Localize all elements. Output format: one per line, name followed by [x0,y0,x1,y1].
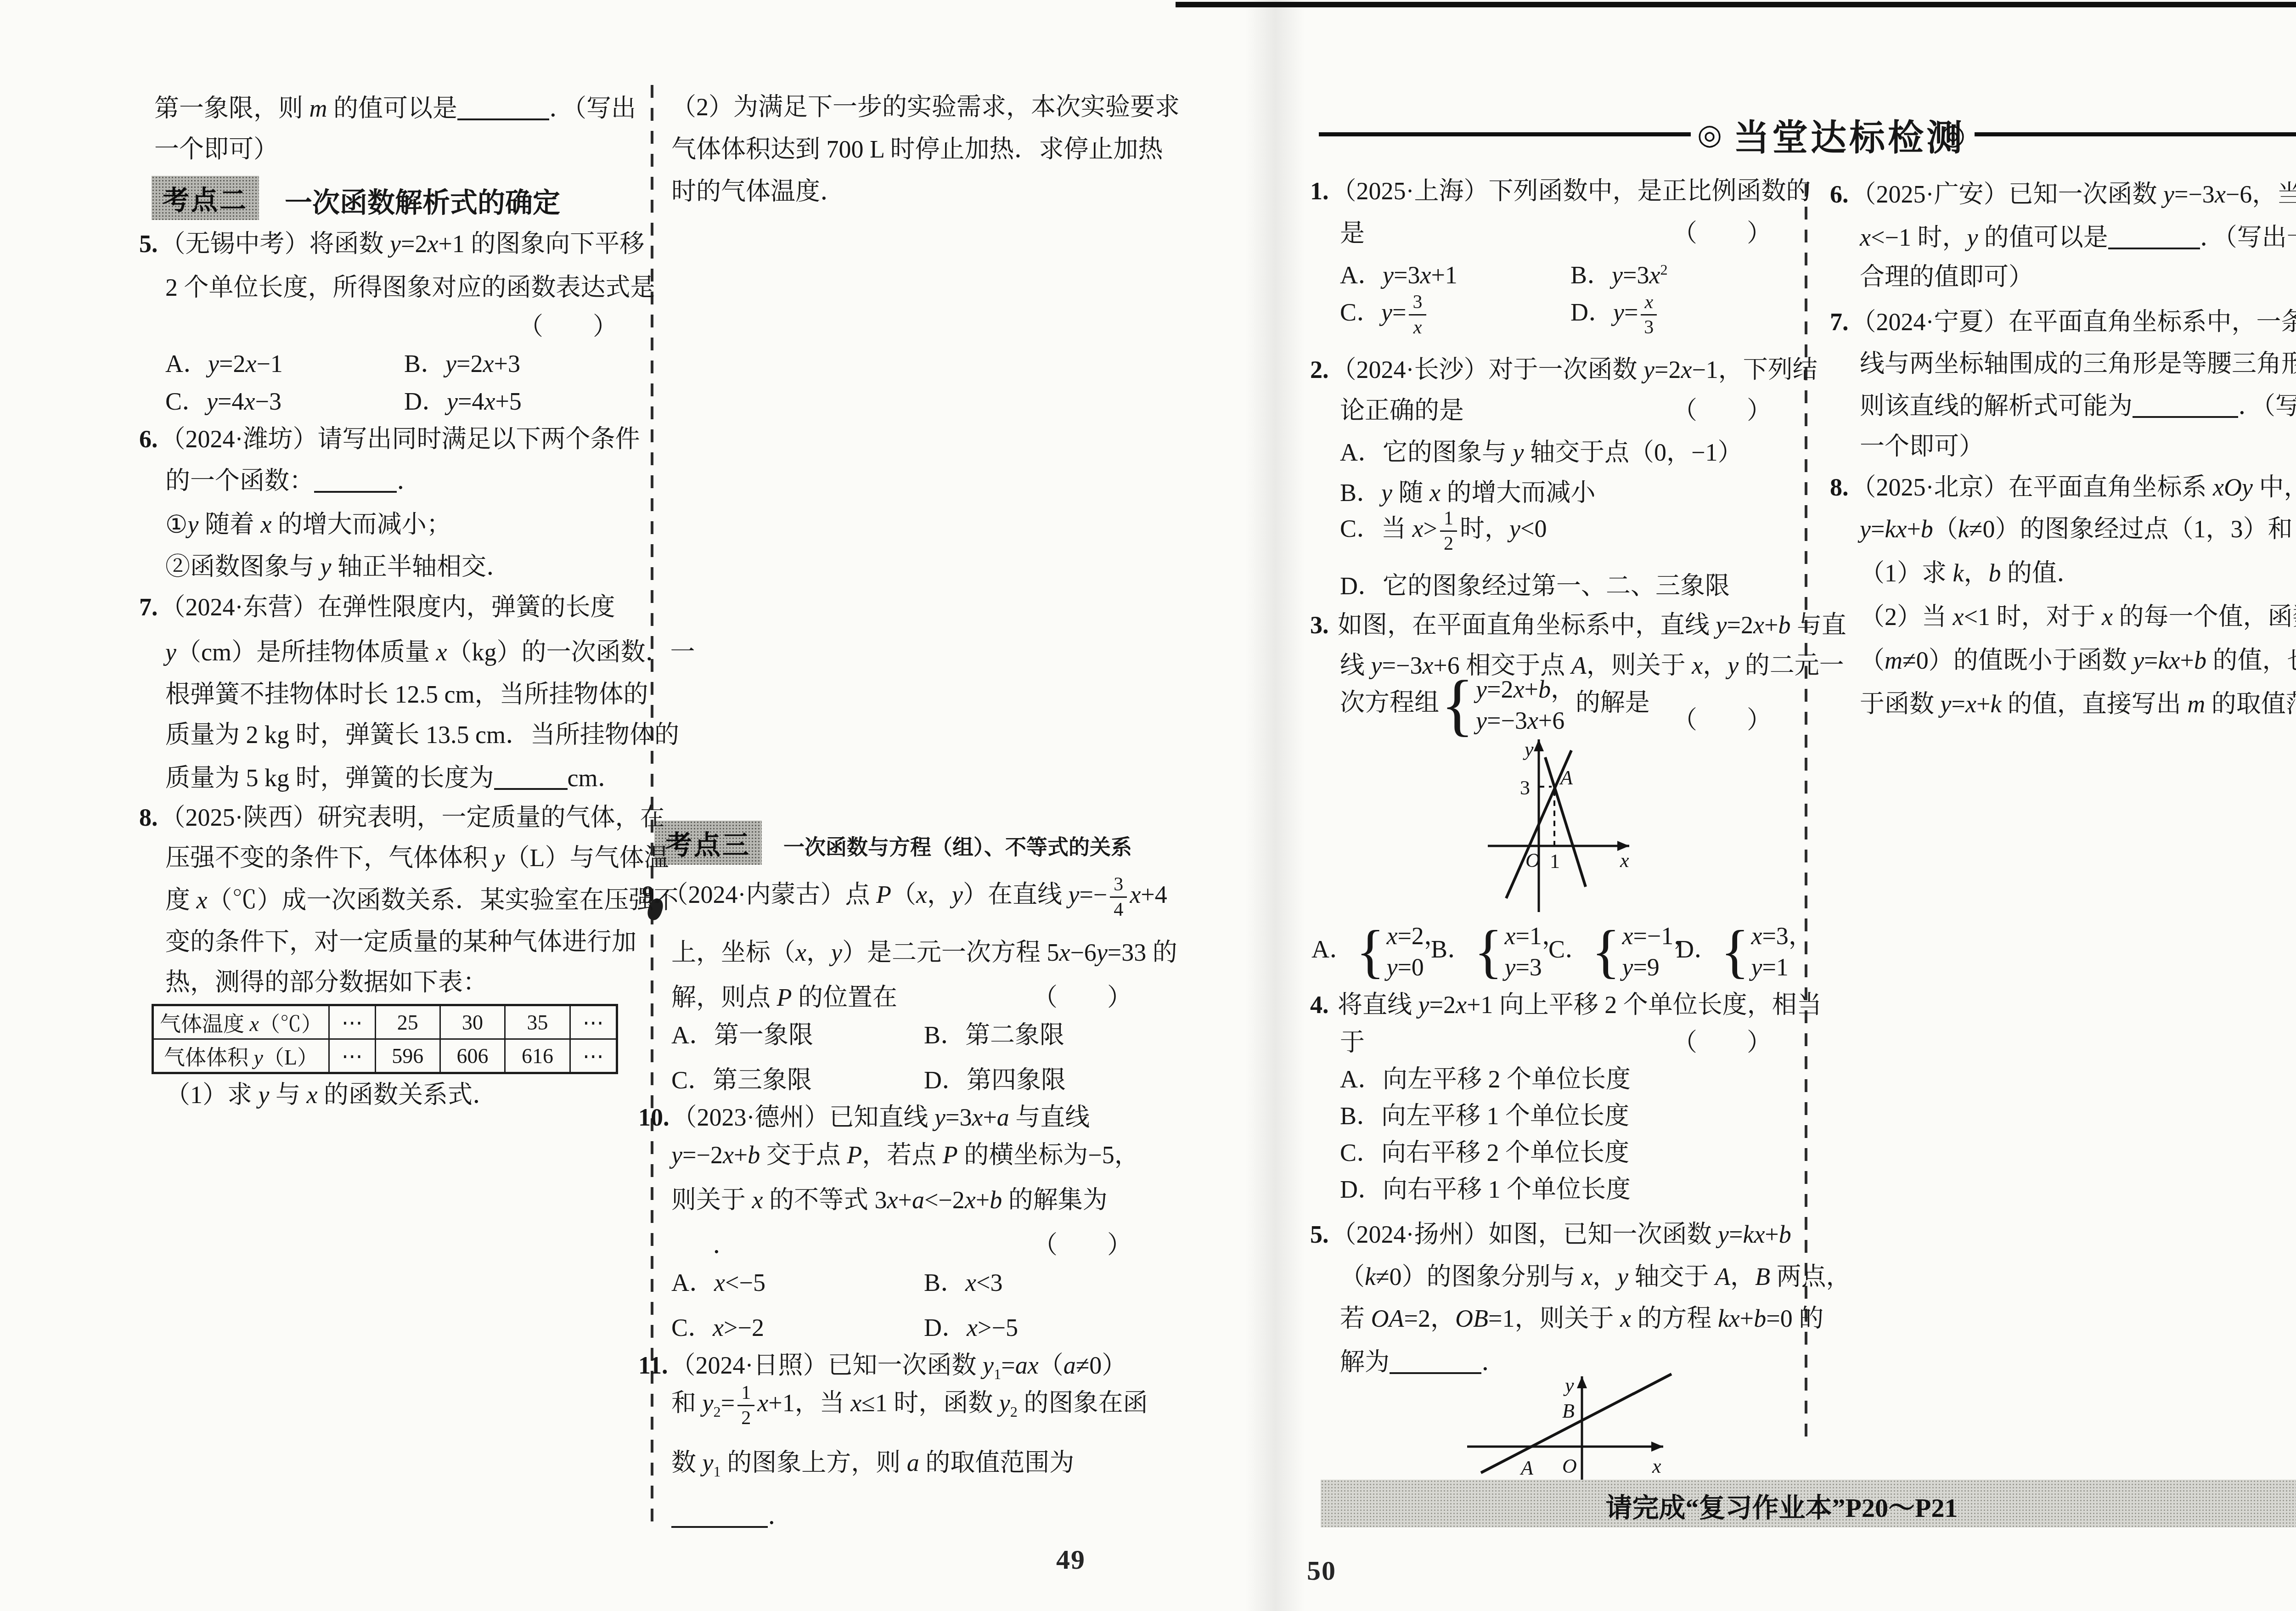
table-cell: 气体温度 x（℃） [153,1005,329,1039]
text-line: ②函数图象与 y 轴正半轴相交． [165,548,618,586]
text-line: 1.（2025·上海）下列函数中，是正比例函数的 [1310,173,1772,210]
text-line: 热，测得的部分数据如下表： [165,964,618,1001]
text-line: （k≠0）的图象分别与 x，y 轴交于 A，B 两点， [1340,1258,1772,1296]
text-line: D．第四象限 [924,1062,1132,1099]
header-rule-right [1975,132,2296,136]
table-cell: ⋯ [570,1005,617,1039]
table-cell: 气体体积 y（L） [153,1039,329,1073]
text-line: 11.（2024·日照）已知一次函数 y1=ax（a≠0） [638,1347,1132,1386]
gas-data-table: 气体温度 x（℃）⋯253035⋯气体体积 y（L）⋯596606616⋯ [152,1004,618,1074]
text-line: 上，坐标（x，y）是二元一次方程 5x−6y=33 的 [671,934,1132,971]
top-border-line [1176,2,2296,7]
text-line: 数 y1 的图象上方，则 a 的取值范围为 [671,1444,1132,1483]
text-line: 度 x（℃）成一次函数关系．某实验室在压强不 [165,882,618,919]
text-line: B．向左平移 1 个单位长度 [1340,1098,1772,1135]
section-title-kaodian3: 一次函数与方程（组）、不等式的关系 [783,830,1132,861]
text-line: 若 OA=2，OB=1，则关于 x 的方程 kx+b=0 的 [1340,1300,1772,1337]
text-line: 7.（2024·东营）在弹性限度内，弹簧的长度 [139,589,618,626]
text-line: 于函数 y=x+k 的值，直接写出 m 的取值范围． [1860,686,2296,723]
text-line: 压强不变的条件下，气体体积 y（L）与气体温 [165,839,618,877]
page-number-50: 50 [1307,1555,1336,1587]
page-gutter [1245,0,1305,1611]
text-line: D．y=4x+5 [404,383,618,420]
text-line: 则关于 x 的不等式 3x+a<−2x+b 的解集为 [671,1182,1132,1219]
text-line: （1）求 k，b 的值． [1860,555,2296,592]
table-row: 气体体积 y（L）⋯596606616⋯ [153,1039,617,1073]
text-line: x<−1 时，y 的值可以是．（写出一个 [1860,218,2296,256]
y-axis-arrow-icon [1534,739,1544,751]
text-line: 质量为 2 kg 时，弹簧长 13.5 cm．当所挂物体的 [165,716,618,754]
text-line: 一个即可） [1860,428,2296,465]
text-line: ． [671,1496,1132,1535]
tick-label: 3 [1520,777,1530,799]
table-cell: ⋯ [570,1039,617,1073]
text-line: 2.（2024·长沙）对于一次函数 y=2x−1，下列结 [1310,351,1772,389]
text-line: （2）为满足下一步的实验需求，本次实验要求 [671,89,1132,126]
text-line: 3. 如图，在平面直角坐标系中，直线 y=2x+b 与直 [1310,607,1772,644]
text-line: 的一个函数：． [165,461,618,500]
axis-label: y [1523,738,1534,760]
text-line: B．y=2x+3 [404,345,618,383]
text-line: 变的条件下，对一定质量的某种气体进行加 [165,924,618,961]
point-label: A [1519,1457,1534,1479]
text-line: 5.（2024·扬州）如图，已知一次函数 y=kx+b [1310,1216,1772,1253]
text-line: 气体体积达到 700 L 时停止加热．求停止加热 [671,131,1132,168]
table-cell: 606 [440,1039,505,1073]
text-line: 8.（2025·陕西）研究表明，一定质量的气体，在 [139,799,618,836]
axis-label: x [1620,849,1629,872]
text-line: 2 个单位长度，所得图象对应的函数表达式是 [165,269,618,306]
page-number-49: 49 [1056,1544,1086,1576]
section-badge-kaodian3: 考点三 [654,821,762,865]
text-line: ①y 随着 x 的增大而减小； [165,506,618,543]
text-line: （2）当 x<1 时，对于 x 的每一个值，函数 y=mx [1860,598,2296,636]
text-line: 解为． [1340,1342,1772,1381]
text-line: B．第二象限 [924,1017,1132,1054]
section-title-kaodian2: 一次函数解析式的确定 [285,181,560,220]
text-line: 则该直线的解析式可能为．（写出 [1860,386,2296,425]
text-line: 9.（2024·内蒙古）点 P（x，y）在直线 y=−34x+4 [642,875,1132,919]
text-line: 合理的值即可） [1860,259,2296,296]
text-line: y=−2x+b 交于点 P，若点 P 的横坐标为−5， [671,1137,1132,1174]
workbook-spread: 考点二 一次函数解析式的确定 考点三 一次函数与方程（组）、不等式的关系 ◎ 当… [0,0,2296,1611]
text-line: 线与两坐标轴围成的三角形是等腰三角形， [1860,345,2296,383]
table-cell: 596 [375,1039,440,1073]
text-line: D．y=x3 [1570,293,1772,337]
text-line: y（cm）是所挂物体质量 x（kg）的一次函数．一 [165,634,618,671]
text-line: A．向左平移 2 个单位长度 [1340,1061,1772,1098]
text-line: 根弹簧不挂物体时长 12.5 cm，当所挂物体的 [165,676,618,713]
point-label: B [1562,1400,1575,1422]
ornament-circle-icon: ◎ [1941,118,1965,151]
text-line: 第一象限，则 m 的值可以是．（写出 [154,89,618,127]
text-line: （1）求 y 与 x 的函数关系式． [165,1076,618,1114]
text-line: 一个即可） [154,131,618,168]
text-line: 于（ ） [1340,1024,1772,1061]
homework-notice: 请完成“复习作业本”P20～P21 [1575,1486,1988,1525]
text-line: y=kx+b（k≠0）的图象经过点（1，3）和（2，5）． [1860,511,2296,548]
axis-label: x [1652,1455,1661,1477]
x-axis-arrow-icon [1651,1442,1663,1452]
text-line: 次方程组{y=2x+b，y=−3x+6的解是（ ） [1340,674,1772,736]
text-line: 解，则点 P 的位置在（ ） [671,979,1132,1016]
text-line: 时的气体温度． [671,173,1132,210]
text-line: 5.（无锡中考）将函数 y=2x+1 的图象向下平移 [139,225,618,263]
header-rule-left [1319,132,1691,136]
table-cell: ⋯ [329,1005,376,1039]
text-line: （m≠0）的值既小于函数 y=kx+b 的值，也小 [1860,642,2296,679]
text-line: D．x>−5 [924,1309,1132,1346]
table-cell: 25 [375,1005,440,1039]
text-line: 质量为 5 kg 时，弹簧的长度为cm． [165,758,618,797]
ornament-circle-icon: ◎ [1697,118,1722,151]
text-line: C．向右平移 2 个单位长度 [1340,1134,1772,1172]
page-header-title: 当堂达标检测 [1733,109,1965,161]
text-line: 和 y2=12x+1，当 x≤1 时，函数 y2 的图象在函 [671,1383,1132,1428]
text-line: 6.（2025·广安）已知一次函数 y=−3x−6，当 [1830,176,2296,213]
table-cell: 35 [505,1005,570,1039]
text-line: C．当 x>12时，y<0 [1340,509,1772,553]
origin-label: O [1562,1455,1577,1477]
text-line: D．向右平移 1 个单位长度 [1340,1171,1772,1208]
text-line: A．它的图象与 y 轴交于点（0，−1） [1340,434,1772,471]
tick-label: 1 [1550,850,1560,873]
text-line: 4. 将直线 y=2x+1 向上平移 2 个单位长度，相当 [1310,986,1772,1024]
text-line: 是（ ） [1340,215,1772,252]
text-line: B．y=3x2 [1570,257,1772,294]
table-cell: 616 [505,1039,570,1073]
text-line: D．{x=3，y=1 [1676,921,1772,983]
text-line: 6.（2024·潍坊）请写出同时满足以下两个条件 [139,421,618,458]
text-line: 论正确的是（ ） [1340,392,1772,429]
text-line: ．（ ） [713,1227,1132,1264]
table-cell: ⋯ [329,1039,376,1073]
table-row: 气体温度 x（℃）⋯253035⋯ [153,1005,617,1039]
text-line: B．y 随 x 的增大而减小 [1340,474,1772,512]
text-line: 8.（2025·北京）在平面直角坐标系 xOy 中，函数 [1830,469,2296,506]
point-label: A [1559,766,1573,789]
coordinate-graph-q3: y x O 1 3 A [1437,729,1649,918]
text-line: B．x<3 [924,1264,1132,1301]
table-cell: 30 [440,1005,505,1039]
origin-label: O [1525,849,1540,872]
section-badge-kaodian2: 考点二 [152,176,259,220]
text-line: D．它的图象经过第一、二、三象限 [1340,568,1772,605]
text-line: 7.（2024·宁夏）在平面直角坐标系中，一条直 [1830,304,2296,341]
text-line: 10.（2023·德州）已知直线 y=3x+a 与直线 [638,1099,1132,1136]
